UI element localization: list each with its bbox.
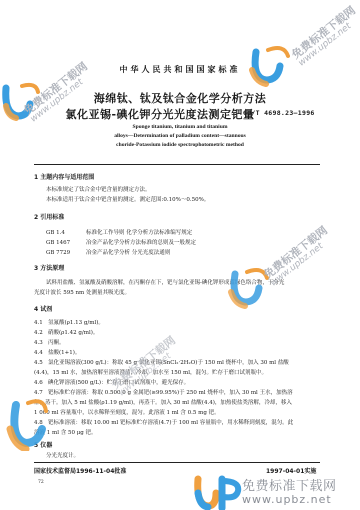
section-5-heading: 5 仪器 [34,442,52,449]
reagent-number: 4.5 [34,360,48,367]
reagent-number: 4.8 [34,420,48,427]
reagent-text: 氢氟酸(ρ1.13 g/ml)。 [48,320,104,326]
document-page: 中华人民共和国国家标准 海绵钛、钛及钛合金化学分析方法 氯化亚锡-碘化钾分光光度… [0,0,360,510]
watermark-text: 免费标准下载网 www.upbz.net [290,5,360,70]
reference-item: GB 1.4标准化工作导则 化学分析方法标准编写规定 [46,230,192,237]
reference-text: 标准化工作导则 化学分析方法标准编写规定 [86,230,192,236]
section-3-heading: 3 方法原理 [34,265,64,272]
approval-date: 国家技术监督局1996-11-04批准 [34,466,126,475]
page-number: 72 [38,480,44,485]
reagent-item: 4.6碘化钾溶液(500 g/L)：贮存于磨口试剂瓶中，避光保存。 [34,380,189,387]
english-title-3: choride-Potassium iodide spectrophotomet… [0,142,360,148]
reagent-number: 4.6 [34,380,48,387]
reagent-continuation: 1 000 ml 容量瓶中，以水稀释至刻度，混匀。此溶液 1 ml 含 0.5 … [34,410,220,417]
reagent-item: 4.4盐酸(1+1)。 [34,350,80,357]
reagent-text: 氯化亚锡溶液(300 g/L)：称取 45 g 氯化亚锡(SnCl₂·2H₂O)… [48,360,289,366]
implementation-date: 1997-04-01实施 [266,466,316,475]
section-1-line-2: 本标准适用于钛合金中钯含量的测定。测定范围:0.10%～0.50%。 [46,197,209,204]
reagent-text: 盐酸(1+1)。 [48,350,80,356]
section-4-heading: 4 试剂 [34,306,52,313]
reagent-continuation: 解，蒸干。加入 5 ml 盐酸(ρ1.19 g/ml)，再蒸干。加入 30 ml… [34,400,292,407]
section-3-line-1: 试料用盐酸、氢氟酸及硝酸溶解，在丙酮存在下，钯与氯化亚锡-碘化钾形成蓝绿色络合物… [46,280,284,287]
up-logo-icon [192,475,242,510]
reference-code: GB 1.4 [46,230,86,237]
section-1-line-1: 本标准规定了钛合金中钯含量的测定方法。 [46,187,151,194]
reagent-text: 钯标准溶液：移取 10.00 ml 钯标准贮存溶液(4.7)于 100 ml 容… [48,420,293,426]
reagent-item: 4.5氯化亚锡溶液(300 g/L)：称取 45 g 氯化亚锡(SnCl₂·2H… [34,360,289,367]
section-5-line-1: 分光光度计。 [46,453,79,460]
footer-divider [34,462,320,463]
reagent-text: 碘化钾溶液(500 g/L)：贮存于磨口试剂瓶中，避光保存。 [48,380,189,386]
reagent-number: 4.7 [34,390,48,397]
title-line-1: 海绵钛、钛及钛合金化学分析方法 [0,90,360,106]
section-3-line-2: 光度计波长 595 nm 处测量其吸光度。 [34,290,130,297]
reagent-number: 4.2 [34,330,48,337]
reagent-item: 4.1氢氟酸(ρ1.13 g/ml)。 [34,320,104,327]
reagent-number: 4.1 [34,320,48,327]
reagent-number: 4.3 [34,340,48,347]
section-2-heading: 2 引用标准 [34,214,64,221]
watermark-banner: 免费标准下载网 www.upbz.net [192,475,360,510]
national-standard-label: 中华人民共和国国家标准 [0,64,360,75]
reference-text: 冶金产品化学分析 分光光度法通则 [86,250,170,256]
section-1-heading: 1 主题内容与适用范围 [34,174,94,181]
reagent-continuation: 溶液 1 ml 含 50 μg 钯。 [34,430,97,437]
standard-code: GB/T 4698.23—1996 [243,109,315,117]
reference-text: 冶金产品化学分析方法标准的总则及一般规定 [86,240,196,246]
reagent-text: 钯标准贮存溶液：称取 0.500 0 g 金属钯(≥99.95%)于 250 m… [48,390,293,396]
reagent-item: 4.8钯标准溶液：移取 10.00 ml 钯标准贮存溶液(4.7)于 100 m… [34,420,293,427]
header-divider [34,164,320,165]
reagent-continuation: (4.4)，15 ml 水，加热溶解至溶液澄清，冷却，加水至 150 ml，混匀… [34,370,267,377]
reagent-item: 4.2硝酸(ρ1.42 g/ml)。 [34,330,98,337]
reference-item: GB 7729冶金产品化学分析 分光光度法通则 [46,250,170,257]
watermark-banner-url: www.upbz.net [242,493,332,506]
reagent-item: 4.7钯标准贮存溶液：称取 0.500 0 g 金属钯(≥99.95%)于 25… [34,390,293,397]
reference-item: GB 1467冶金产品化学分析方法标准的总则及一般规定 [46,240,196,247]
english-title-1: Sponge titanium, titanium and titanium [0,124,360,130]
reagent-text: 硝酸(ρ1.42 g/ml)。 [48,330,98,336]
reagent-item: 4.3丙酮。 [34,340,65,347]
reference-code: GB 7729 [46,250,86,257]
english-title-2: alloys—Determination of palladium conten… [0,133,360,139]
reference-code: GB 1467 [46,240,86,247]
reagent-number: 4.4 [34,350,48,357]
reagent-text: 丙酮。 [48,340,65,346]
watermark-banner-title: 免费标准下载网 [242,475,337,494]
